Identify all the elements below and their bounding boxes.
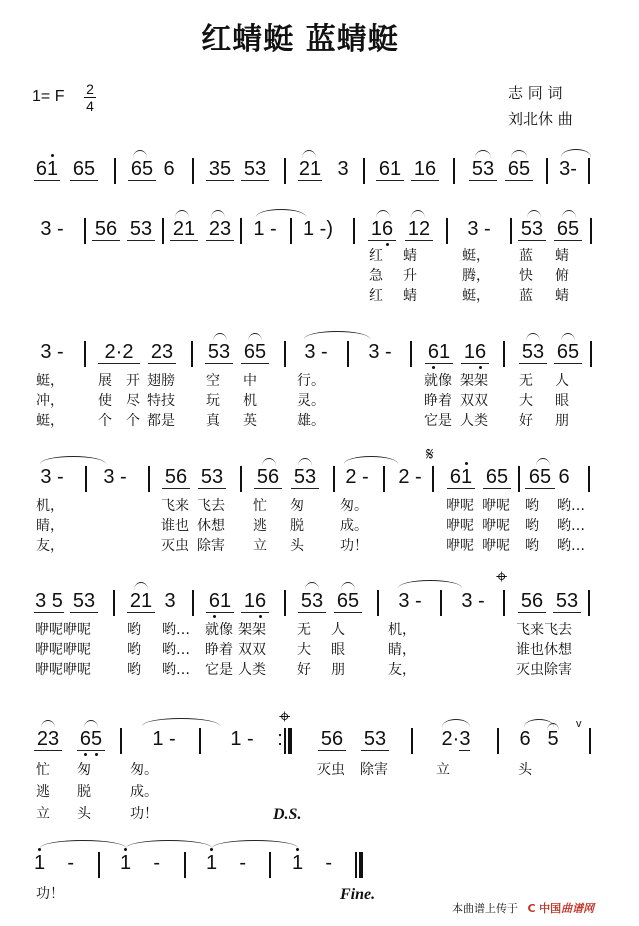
note: 6 — [162, 158, 176, 180]
barline — [377, 590, 379, 616]
slur — [561, 333, 575, 341]
segno-icon: 𝄋 — [426, 444, 434, 465]
note-group: 21 — [170, 218, 198, 241]
barline — [290, 218, 292, 244]
lyric: 红 — [369, 288, 383, 304]
note-group: 2·2 — [98, 341, 140, 364]
barline — [590, 341, 592, 367]
lyric: 匆 — [77, 762, 91, 778]
barline — [191, 341, 193, 367]
note-group: 65 — [483, 466, 511, 489]
note-group: 61 — [425, 341, 453, 364]
barline — [353, 218, 355, 244]
slur — [305, 582, 319, 590]
note-group: 65 — [70, 158, 98, 181]
note-group: 16 — [411, 158, 439, 181]
lyric: 脱 — [77, 784, 91, 800]
note-group: 16 — [368, 218, 396, 241]
note-group: 65 — [334, 590, 362, 613]
barline — [162, 218, 164, 244]
barline — [192, 590, 194, 616]
note: 3 - — [362, 341, 398, 363]
tie — [344, 456, 398, 464]
note: 3 - — [34, 466, 70, 488]
barline — [84, 341, 86, 367]
note: 6 — [558, 466, 570, 488]
note-group: 53 — [198, 466, 226, 489]
note: 3 - — [97, 466, 133, 488]
barline — [113, 590, 115, 616]
note: 1 - — [134, 728, 194, 750]
slur — [442, 719, 470, 727]
barline — [590, 218, 592, 244]
note: 1 - — [34, 852, 84, 874]
slur — [526, 333, 540, 341]
slur — [211, 210, 225, 218]
lyric: 俯 — [555, 268, 569, 284]
end-repeat-barline — [288, 728, 292, 754]
lyric: 升 — [403, 268, 417, 284]
barline — [240, 466, 242, 492]
lyric: 忙 — [36, 762, 50, 778]
note-group: 16 — [241, 590, 269, 613]
note-group: 65 — [128, 158, 156, 181]
barline — [284, 590, 286, 616]
slur — [175, 210, 189, 218]
tie — [256, 209, 306, 217]
lyric: 红 — [369, 248, 383, 264]
slur — [536, 458, 550, 466]
barline — [503, 341, 505, 367]
note-group: 56 — [318, 728, 346, 751]
note: 3 - — [455, 590, 491, 612]
dal-segno-marking: D.S. — [273, 806, 301, 824]
lyric: 蜓， — [462, 248, 490, 264]
lyric: 除害 — [360, 762, 388, 778]
barline — [284, 158, 286, 184]
lyric: 蜻 — [403, 288, 417, 304]
note: 3 - — [298, 341, 334, 363]
barline — [284, 728, 286, 754]
time-signature: 24 — [84, 82, 96, 113]
barline — [432, 466, 434, 492]
slur — [341, 582, 355, 590]
slur — [298, 458, 312, 466]
note-group: 35 — [206, 158, 234, 181]
note-group: 53 — [205, 341, 233, 364]
note-group: 23 — [34, 728, 62, 751]
note: 1 - — [212, 728, 272, 750]
slur — [133, 150, 147, 158]
slur — [475, 150, 491, 158]
barline — [199, 728, 201, 754]
coda-icon: ⌖ — [496, 566, 507, 589]
slur — [376, 210, 390, 218]
composer-credit: 刘北休 曲 — [508, 108, 573, 129]
note: 1 - — [206, 852, 256, 874]
tie — [40, 840, 126, 848]
lyric: 匆。 — [130, 762, 158, 778]
slur — [562, 210, 576, 218]
lyric: 蓝 — [519, 288, 533, 304]
repeat-dots: : — [276, 728, 284, 750]
source-footer: 本曲谱上传于 C 中国曲谱网 — [452, 900, 594, 916]
tie — [126, 840, 212, 848]
fine-marking: Fine. — [340, 886, 375, 904]
note-group: 21 — [298, 158, 322, 181]
barline — [503, 590, 505, 616]
lyric: 蜻 — [555, 248, 569, 264]
lyric: 腾， — [462, 268, 490, 284]
note-group: 61 — [447, 466, 475, 489]
slur — [511, 150, 527, 158]
barline — [446, 218, 448, 244]
barline — [347, 341, 349, 367]
lyric: 快 — [519, 268, 533, 284]
barline — [411, 728, 413, 754]
slur — [41, 720, 55, 728]
lyric: 灭虫 — [317, 762, 345, 778]
tie — [561, 149, 591, 157]
note-group: 3 5 — [34, 590, 64, 613]
key-signature: 1= F — [32, 88, 64, 106]
breath-mark: v — [576, 718, 582, 730]
note-group: 61 — [206, 590, 234, 613]
note: 3 - — [461, 218, 497, 240]
barline — [284, 341, 286, 367]
note-group: 53 — [518, 218, 546, 241]
slur — [248, 333, 262, 341]
lyric: 头 — [77, 806, 91, 822]
lyric: 功！ — [130, 806, 158, 822]
barline — [440, 590, 442, 616]
barline — [114, 158, 116, 184]
note-group: 53 — [70, 590, 98, 613]
barline — [510, 218, 512, 244]
note-group: 56 — [254, 466, 282, 489]
barline — [84, 218, 86, 244]
note-group: 65 — [554, 341, 582, 364]
note: 3 — [336, 158, 350, 180]
note: 2 - — [340, 466, 374, 488]
note-group: 61 — [34, 158, 60, 181]
note: 3 — [163, 590, 177, 612]
tie — [40, 456, 106, 464]
barline — [269, 852, 271, 878]
note-group: 65 — [77, 728, 105, 751]
note-group: 23 — [206, 218, 234, 241]
note: 1 - — [120, 852, 170, 874]
lyric: 立 — [36, 806, 50, 822]
tie — [398, 580, 462, 588]
note-group: 12 — [405, 218, 433, 241]
lyric: 成。 — [130, 784, 158, 800]
barline — [453, 158, 455, 184]
note-group: 53 — [469, 158, 497, 181]
note-group: 53 — [519, 341, 547, 364]
barline — [192, 158, 194, 184]
barline — [383, 466, 385, 492]
note: 3 - — [34, 341, 70, 363]
barline — [546, 158, 548, 184]
note-group: 21 — [127, 590, 155, 613]
barline — [148, 466, 150, 492]
note: 5 — [546, 728, 560, 750]
slur — [134, 582, 148, 590]
note-group: 65 — [525, 466, 555, 489]
barline — [588, 158, 590, 184]
barline — [355, 852, 357, 878]
lyric: 蜻 — [403, 248, 417, 264]
lyric: 蜓， — [462, 288, 490, 304]
tie — [304, 331, 370, 339]
lyric: 急 — [369, 268, 383, 284]
slur — [302, 150, 316, 158]
note-group: 23 — [148, 341, 176, 364]
lyricist-credit: 志 同 词 — [508, 82, 563, 103]
lyric: 逃 — [36, 784, 50, 800]
tie — [212, 840, 298, 848]
note-group: 65 — [241, 341, 269, 364]
site-logo-icon: C — [528, 902, 536, 915]
slur — [213, 333, 227, 341]
note-group: 56 — [92, 218, 120, 241]
note-group: 65 — [554, 218, 582, 241]
barline — [240, 218, 242, 244]
lyric: 蜻 — [555, 288, 569, 304]
barline — [588, 466, 590, 492]
slur — [527, 210, 541, 218]
note: 1 - — [250, 218, 280, 240]
note: 1 -) — [298, 218, 338, 240]
note: 2 - — [393, 466, 427, 488]
note: 3- — [555, 158, 581, 180]
note-group: 53 — [127, 218, 155, 241]
final-barline — [359, 852, 363, 878]
slur — [262, 458, 276, 466]
coda-icon: ⌖ — [279, 706, 290, 729]
note-group: 53 — [291, 466, 319, 489]
lyric: 立 — [436, 762, 450, 778]
barline — [333, 466, 335, 492]
note-group: 53 — [361, 728, 389, 751]
tie — [142, 718, 220, 726]
note: 6 — [518, 728, 532, 750]
note-group: 65 — [505, 158, 533, 181]
note-group: 16 — [461, 341, 489, 364]
barline — [120, 728, 122, 754]
barline — [588, 590, 590, 616]
song-title: 红蜻蜓 蓝蜻蜓 — [0, 14, 600, 58]
barline — [98, 852, 100, 878]
barline — [410, 341, 412, 367]
note: 3 - — [34, 218, 70, 240]
note-group: 53 — [553, 590, 581, 613]
slur — [84, 720, 98, 728]
note-group: 56 — [518, 590, 546, 613]
note: 1 - — [292, 852, 342, 874]
barline — [85, 466, 87, 492]
lyric: 蓝 — [519, 248, 533, 264]
note-group: 61 — [376, 158, 404, 181]
lyric: 头 — [518, 762, 532, 778]
note-group: 53 — [241, 158, 269, 181]
note-group: 56 — [162, 466, 190, 489]
lyric: 功！ — [36, 886, 64, 902]
note-group: 53 — [298, 590, 326, 613]
barline — [184, 852, 186, 878]
barline — [497, 728, 499, 754]
barline — [589, 728, 591, 754]
barline — [363, 158, 365, 184]
note-group: 2·3 — [436, 728, 476, 750]
slur — [411, 210, 425, 218]
barline — [518, 466, 520, 492]
note: 3 - — [392, 590, 428, 612]
